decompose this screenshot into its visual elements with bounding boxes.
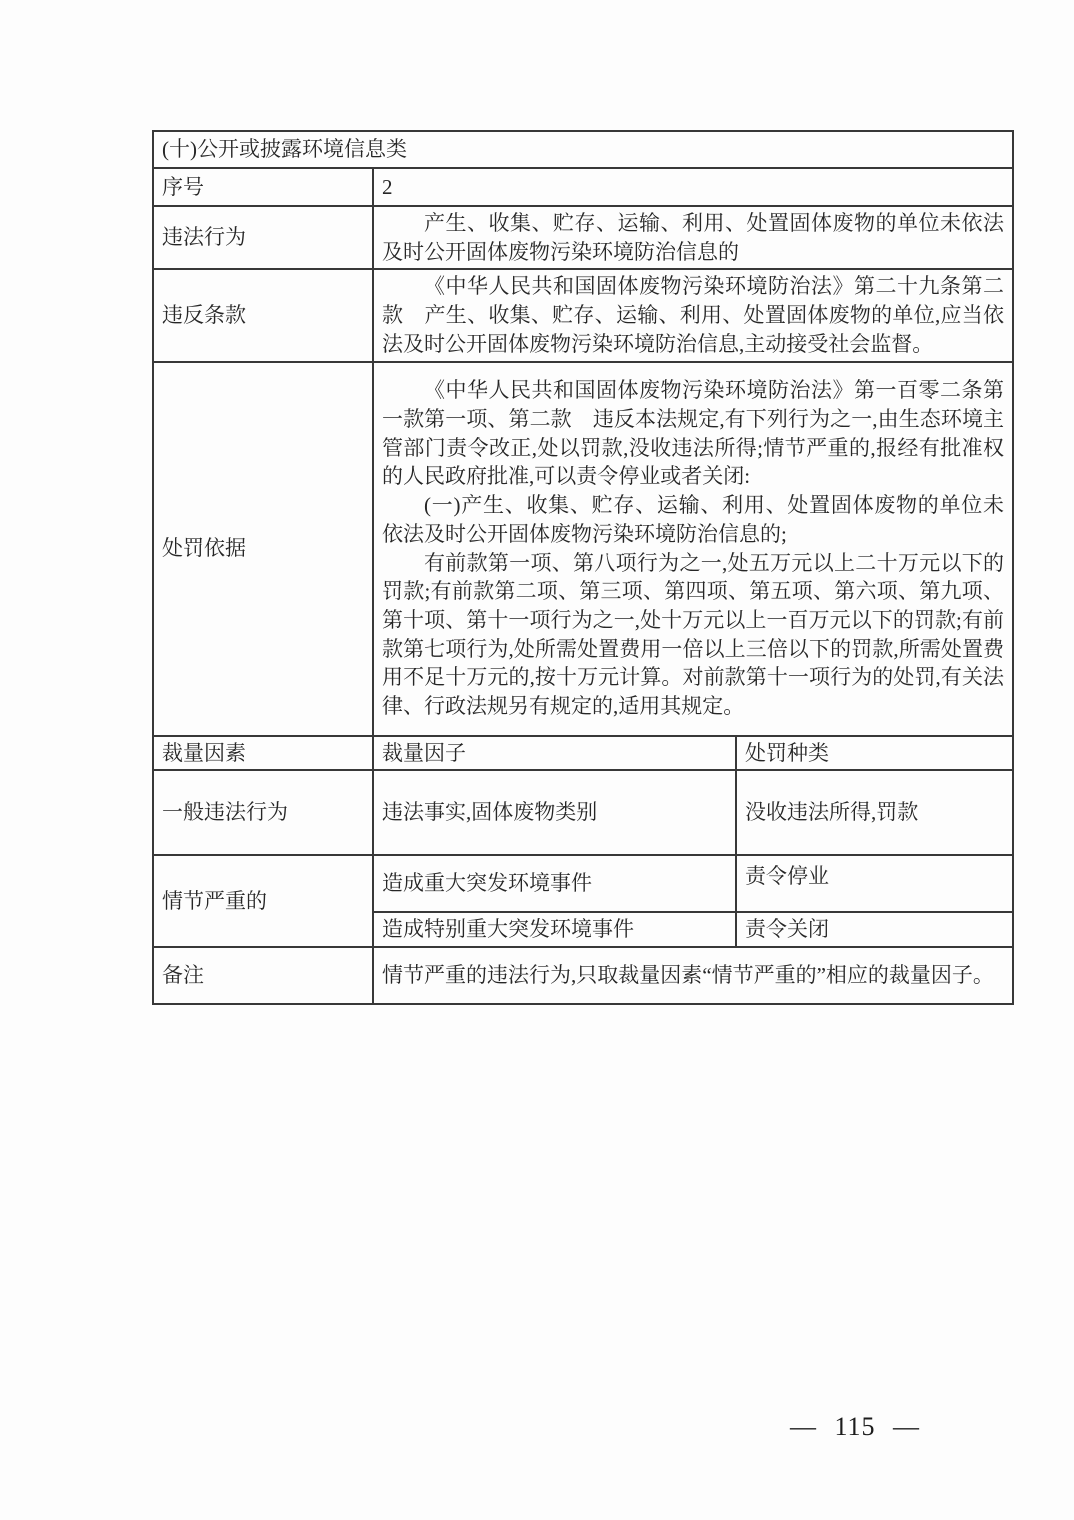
penalty-basis-value: 《中华人民共和国固体废物污染环境防治法》第一百零二条第一款第一项、第二款 违反本… (373, 362, 1013, 736)
illegal-act-value: 产生、收集、贮存、运输、利用、处置固体废物的单位未依法及时公开固体废物污染环境防… (373, 206, 1013, 269)
category-header: (十)公开或披露环境信息类 (153, 131, 1013, 168)
penalty-basis-paragraph: 《中华人民共和国固体废物污染环境防治法》第一百零二条第一款第一项、第二款 违反本… (382, 376, 1004, 491)
document-page: (十)公开或披露环境信息类 序号 2 违法行为 产生、收集、贮存、运输、利用、处… (0, 0, 1074, 1520)
serial-row: 序号 2 (153, 168, 1013, 206)
violated-clause-row: 违反条款 《中华人民共和国固体废物污染环境防治法》第二十九条第二款 产生、收集、… (153, 269, 1013, 361)
violated-clause-label: 违反条款 (153, 269, 373, 361)
penalty-discretion-table: (十)公开或披露环境信息类 序号 2 违法行为 产生、收集、贮存、运输、利用、处… (152, 130, 1014, 1005)
violated-clause-value: 《中华人民共和国固体废物污染环境防治法》第二十九条第二款 产生、收集、贮存、运输… (373, 269, 1013, 361)
general-violation-penalty-type: 没收违法所得,罚款 (736, 770, 1013, 855)
discretion-penalty-type-header: 处罚种类 (736, 736, 1013, 771)
severe-violation-subfactor-2: 造成特别重大突发环境事件 (373, 912, 736, 947)
discretion-subfactor-header: 裁量因子 (373, 736, 736, 771)
severe-violation-penalty-type-1: 责令停业 (736, 855, 1013, 912)
discretion-factor-header: 裁量因素 (153, 736, 373, 771)
penalty-basis-paragraph: 有前款第一项、第八项行为之一,处五万元以上二十万元以下的罚款;有前款第二项、第三… (382, 549, 1004, 721)
severe-violation-factor: 情节严重的 (153, 855, 373, 947)
remark-label: 备注 (153, 947, 373, 1004)
discretion-header-row: 裁量因素 裁量因子 处罚种类 (153, 736, 1013, 771)
remark-row: 备注 情节严重的违法行为,只取裁量因素“情节严重的”相应的裁量因子。 (153, 947, 1013, 1004)
general-violation-subfactor: 违法事实,固体废物类别 (373, 770, 736, 855)
serial-label: 序号 (153, 168, 373, 206)
severe-violation-row-1: 情节严重的 造成重大突发环境事件 责令停业 (153, 855, 1013, 912)
general-violation-factor: 一般违法行为 (153, 770, 373, 855)
severe-violation-subfactor-1: 造成重大突发环境事件 (373, 855, 736, 912)
serial-value: 2 (373, 168, 1013, 206)
penalty-basis-paragraph: (一)产生、收集、贮存、运输、利用、处置固体废物的单位未依法及时公开固体废物污染… (382, 491, 1004, 548)
penalty-basis-row: 处罚依据 《中华人民共和国固体废物污染环境防治法》第一百零二条第一款第一项、第二… (153, 362, 1013, 736)
severe-violation-penalty-type-2: 责令关闭 (736, 912, 1013, 947)
page-number: — 115 — (790, 1412, 920, 1442)
general-violation-row: 一般违法行为 违法事实,固体废物类别 没收违法所得,罚款 (153, 770, 1013, 855)
illegal-act-row: 违法行为 产生、收集、贮存、运输、利用、处置固体废物的单位未依法及时公开固体废物… (153, 206, 1013, 269)
category-header-row: (十)公开或披露环境信息类 (153, 131, 1013, 168)
illegal-act-label: 违法行为 (153, 206, 373, 269)
remark-value: 情节严重的违法行为,只取裁量因素“情节严重的”相应的裁量因子。 (373, 947, 1013, 1004)
penalty-basis-label: 处罚依据 (153, 362, 373, 736)
